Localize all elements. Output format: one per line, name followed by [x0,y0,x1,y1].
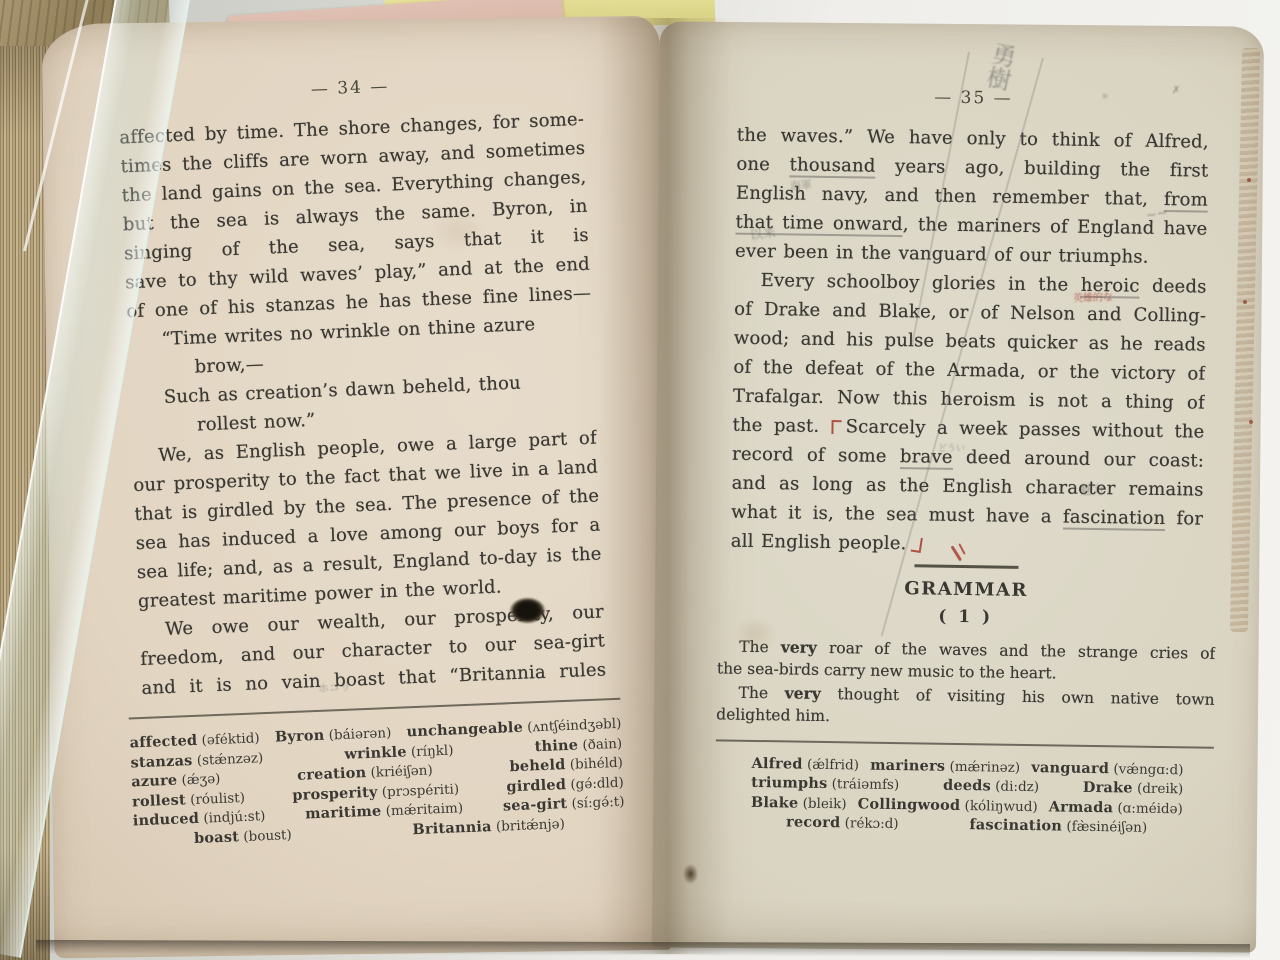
left-page: — 34 — affected by time. The shore chang… [42,16,673,959]
right-page: — 35 — the waves.” We have only to think… [652,21,1264,952]
vocab-entry: record (rékɔ:d) [786,811,899,832]
vocab-word: Drake [1083,779,1133,797]
text-segment: of the defeat of the Armada, or the vict… [733,357,1205,385]
grammar-body-text: The very roar of the waves and the stran… [716,634,1215,733]
vocab-word: Byron [275,727,325,746]
text-segment: brave [900,446,953,470]
page-number-left: — 34 — [117,69,582,108]
vocab-phonetic: (vǽngɑ:d) [1109,761,1184,778]
right-page-content: — 35 — the waves.” We have only to think… [727,21,1211,837]
page-number-right: — 35 — [737,85,1209,112]
vocab-phonetic: (bihéld) [565,755,623,773]
vocab-entry: Blake (bleik) [751,791,847,812]
vocab-phonetic: (rékɔ:d) [840,815,898,832]
vocab-phonetic: (sí:gə́:t) [567,794,625,812]
vocab-phonetic: (fæ̀sinéiʃən) [1062,819,1147,836]
vocab-entry: Collingwood (kóliŋwud) [858,793,1038,815]
text-segment: heroic [1081,275,1140,299]
vocab-word: affected [129,732,197,752]
vocab-word: Blake [751,793,799,811]
text-segment: delighted him. [716,705,830,725]
vocab-word: thine [534,736,578,755]
text-segment: , the mariners of England have [903,214,1208,240]
text-segment: deeds [1139,276,1206,298]
vocab-list-right: Alfred (ǽlfrid)mariners (mǽrinəz)vanguar… [751,752,1184,836]
page-edge-stack [0,46,50,960]
vocab-word: mariners [870,756,945,774]
vocab-phonetic: (ðain) [578,735,623,753]
vocab-word: creation [297,764,367,784]
text-segment: Trafalgar. Now this heroism is not a thi… [733,386,1205,414]
vocab-word: triumphs [751,774,827,792]
text-segment: brow,— [194,354,264,378]
vocab-phonetic: (ɑ:méidə) [1113,800,1183,817]
vocab-phonetic: (ǽlfrid) [803,756,859,773]
vocab-entry: deeds (di:dz) [943,775,1039,796]
vocab-word: maritime [305,802,382,822]
vocab-entry: Alfred (ǽlfrid) [751,752,859,773]
vocab-separator-rule-right [716,739,1214,748]
right-page-body-text: the waves.” We have only to think of Alf… [731,121,1209,563]
text-segment: Scarcely a week passes without the [846,416,1205,442]
grammar-subheading: ( 1 ) [730,603,1202,630]
vocab-word: beheld [509,756,566,775]
rq-close-red-mark [910,537,922,553]
text-segment: fascination [1063,507,1166,532]
text-segment: thought of visiting his own native town [821,684,1215,708]
text-segment: The [739,637,781,656]
ink-blot [509,597,546,624]
text-segment: English navy, and then remember that, [736,183,1164,210]
vocab-phonetic: (stǽnzəz) [192,750,263,769]
vocab-phonetic: (ǽʒə) [177,771,221,789]
vocab-word: vanguard [1031,759,1109,777]
vocab-word: boast [194,828,240,847]
vocab-entry: Armada (ɑ:méidə) [1049,796,1183,817]
vocab-entry: triumphs (tráiəmfs) [751,772,899,794]
text-segment: deed around our coast: [953,447,1205,472]
vocab-phonetic: (mǽrinəz) [945,758,1020,775]
vocab-word: sea-girt [503,795,568,815]
left-page-content: — 34 — affected by time. The shore chang… [115,11,613,849]
vocab-word: Britannia [412,818,492,838]
text-segment: from [1164,189,1208,213]
text-segment: ever been in the vanguard of our triumph… [735,241,1149,268]
vocab-phonetic: (boust) [239,827,292,845]
text-segment: for [1165,508,1203,530]
vocab-word: wrinkle [344,743,407,762]
text-segment: roar of the waves and the strange cries … [817,638,1216,662]
red-fleck [1247,178,1251,182]
vocab-phonetic: (dreik) [1133,781,1184,798]
vocab-word: Armada [1049,798,1114,816]
vocab-word: Alfred [751,754,802,772]
vocab-list-left: affected (əféktid)Byron (báiərən)unchang… [129,713,625,850]
vocab-phonetic: (əféktid) [197,730,260,748]
vocab-word: stanzas [130,752,193,771]
vocab-word: Collingwood [858,795,961,814]
vocab-phonetic: (bleik) [798,795,847,812]
vocab-phonetic: (kóliŋwud) [960,798,1038,815]
text-segment: rollest now.” [197,410,316,436]
vocab-phonetic: (di:dz) [991,778,1039,795]
text-segment: years ago, building the first [875,156,1208,182]
grammar-heading: GRAMMAR [730,575,1202,603]
red-fleck [1249,420,1253,424]
vocab-phonetic: (britǽnjə) [491,816,565,835]
text-segment: the waves.” We have only to think of Alf… [737,125,1209,153]
text-segment: thousand [789,154,875,178]
text-segment: wood; and his pulse beats quicker as he … [734,328,1206,356]
vocab-word: azure [131,772,178,791]
text-segment: very [785,683,821,703]
vocab-word: rollest [132,791,186,810]
vocab-word: fascination [969,816,1062,834]
vocab-entry: Drake (dreik) [1083,777,1184,798]
text-segment: that time onward [735,212,903,237]
open-book-photo: — 34 — affected by time. The shore chang… [0,0,1280,960]
text-segment: what it is, the sea must have a [731,502,1063,528]
section-divider-rule [914,564,1018,568]
text-segment: record of some [732,444,900,467]
rq-open-red-mark [832,420,842,434]
text-segment: one [736,154,790,176]
text-segment: The [738,683,784,702]
vocab-entry: fascination (fæ̀sinéiʃən) [969,814,1147,836]
vocab-word: induced [133,810,200,830]
text-segment: the sea-birds carry new music to the hea… [717,659,1057,682]
vocab-phonetic: (kriéiʃən) [366,762,433,781]
vocab-word: girdled [506,776,566,795]
vocab-entry: vanguard (vǽngɑ:d) [1031,757,1183,779]
vocab-entry: boast (boust) [194,824,292,847]
vocab-phonetic: (ríŋkl) [406,742,453,760]
text-segment: very [781,637,817,657]
vocab-word: deeds [943,777,991,795]
vocab-entry: mariners (mǽrinəz) [870,754,1020,776]
vocab-phonetic: (róulist) [186,789,246,807]
vocab-phonetic: (tráiəmfs) [827,776,899,793]
vocab-phonetic: (gə́:dld) [566,774,624,792]
vocab-word: record [786,813,841,831]
red-fleck [1243,300,1247,304]
text-segment: the past. [732,415,830,437]
vocab-phonetic: (indjú:st) [199,808,266,827]
text-segment: and as long as the English character rem… [732,473,1204,501]
text-segment: all English people. [731,531,907,555]
